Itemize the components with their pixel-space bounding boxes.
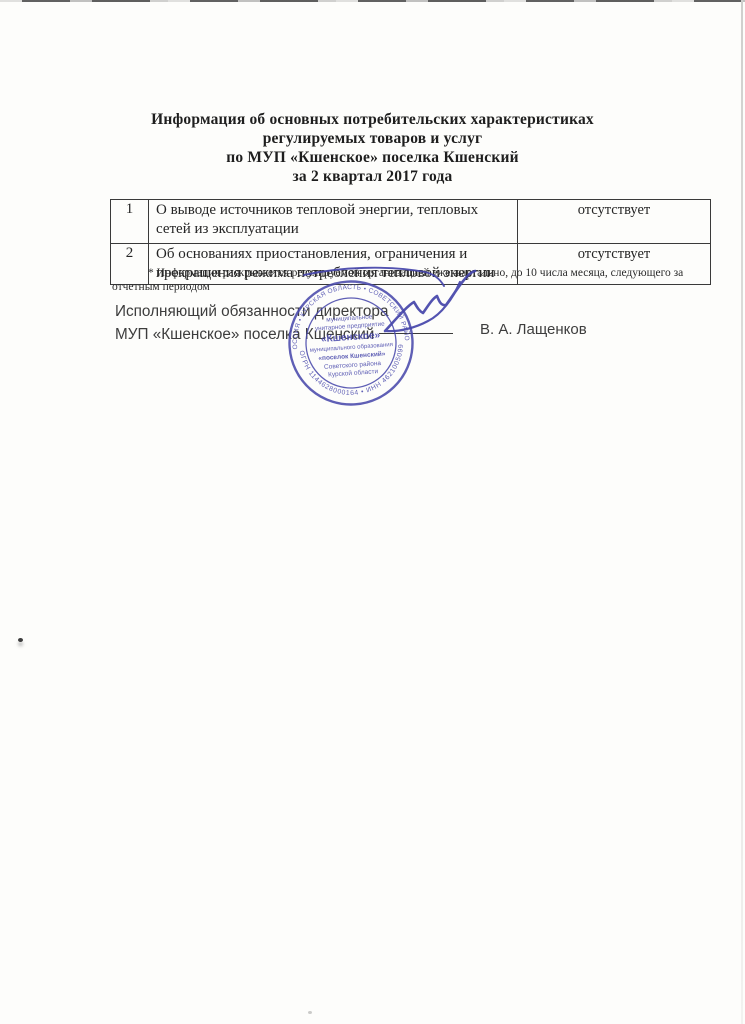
title-line: по МУП «Кшенское» поселка Кшенский bbox=[0, 148, 745, 167]
scan-artifact-top-edge bbox=[0, 0, 745, 2]
table-row: 1 О выводе источников тепловой энергии, … bbox=[111, 200, 711, 244]
title-line: Информация об основных потребительских х… bbox=[0, 110, 745, 129]
scanned-document-page: Информация об основных потребительских х… bbox=[0, 0, 745, 1024]
title-line: за 2 квартал 2017 года bbox=[0, 167, 745, 186]
scan-artifact-speck bbox=[18, 638, 23, 642]
row-description-cell: О выводе источников тепловой энергии, те… bbox=[149, 200, 518, 244]
document-title: Информация об основных потребительских х… bbox=[0, 110, 745, 186]
title-line: регулируемых товаров и услуг bbox=[0, 129, 745, 148]
row-number-cell: 1 bbox=[111, 200, 149, 244]
row-value-cell: отсутствует bbox=[518, 200, 711, 244]
scan-artifact-speck bbox=[308, 1011, 312, 1014]
signature-ink bbox=[270, 255, 500, 345]
